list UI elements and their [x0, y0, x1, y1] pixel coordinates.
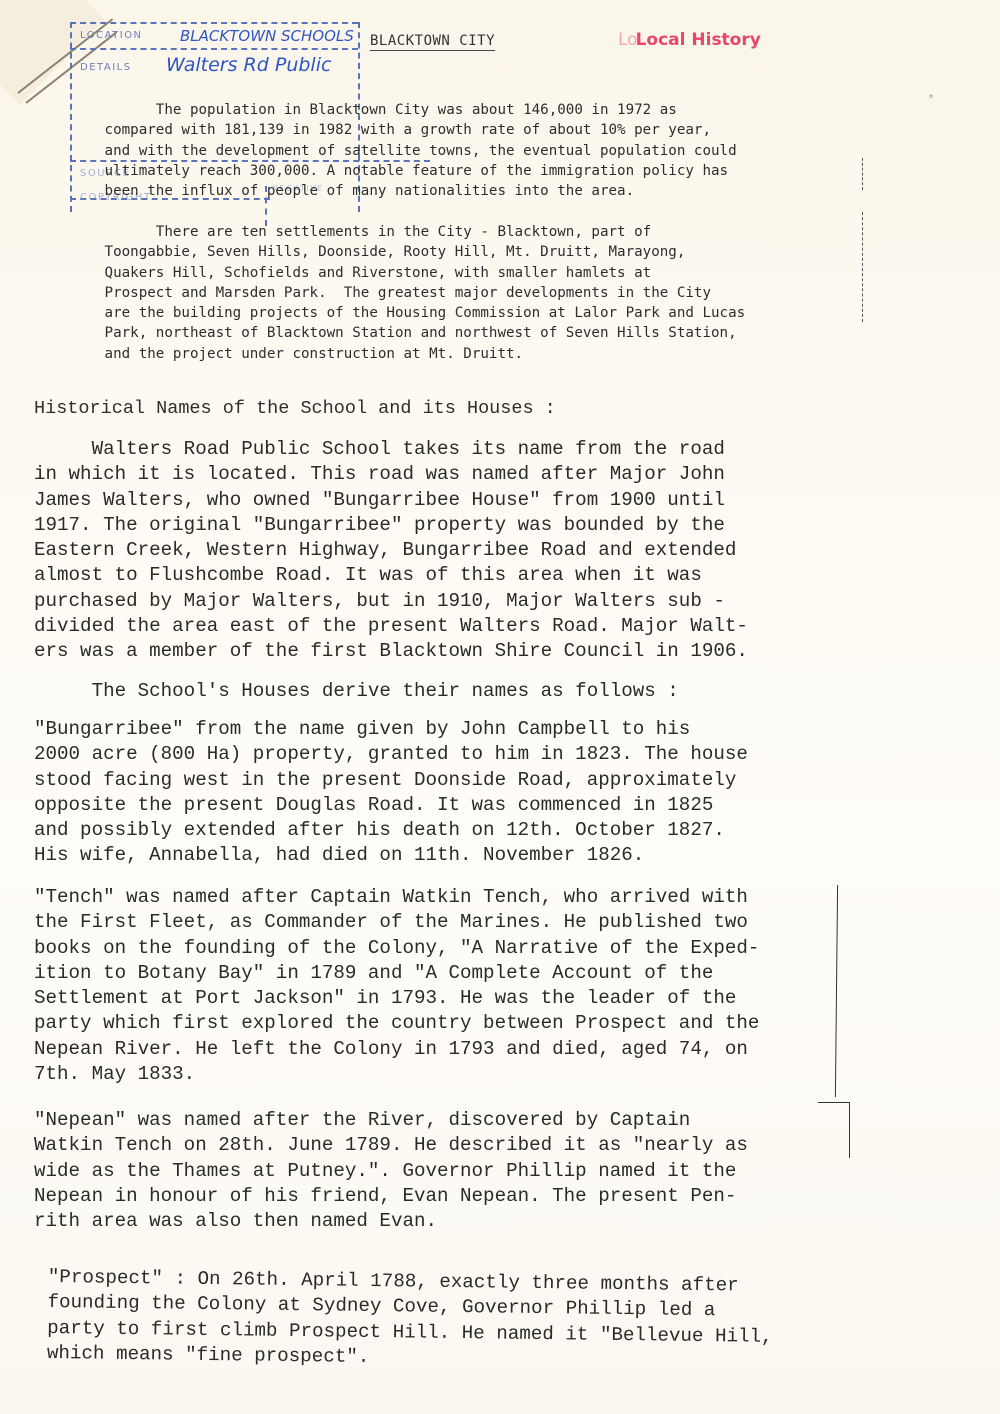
text-line: opposite the present Douglas Road. It wa…: [34, 793, 748, 818]
margin-bracket-tick: [818, 1102, 850, 1103]
text-line: "Bungarribee" from the name given by Joh…: [34, 717, 748, 742]
paper-speck: °: [928, 94, 934, 105]
text-line: the First Fleet, as Commander of the Mar…: [34, 910, 759, 935]
text-line: almost to Flushcombe Road. It was of thi…: [34, 563, 748, 588]
text-line: ers was a member of the first Blacktown …: [34, 639, 748, 664]
text-line: There are ten settlements in the City - …: [96, 222, 745, 242]
text-line: Park, northeast of Blacktown Station and…: [96, 323, 745, 343]
text-line: 2000 acre (800 Ha) property, granted to …: [34, 742, 748, 767]
text-line: Watkin Tench on 28th. June 1789. He desc…: [34, 1133, 748, 1158]
stamp-location-value: BLACKTOWN SCHOOLS: [180, 27, 354, 45]
text-line: James Walters, who owned "Bungarribee Ho…: [34, 488, 748, 513]
text-line: Quakers Hill, Schofields and Riverstone,…: [96, 263, 745, 283]
text-line: "Tench" was named after Captain Watkin T…: [34, 885, 759, 910]
intro-paragraph-settlements: There are ten settlements in the City - …: [96, 222, 745, 364]
local-history-stamp-text: Local History: [636, 30, 761, 50]
text-line: ition to Botany Bay" in 1789 and "A Comp…: [34, 961, 759, 986]
paragraph-prospect: "Prospect" : On 26th. April 1788, exactl…: [47, 1265, 774, 1375]
text-line: Toongabbie, Seven Hills, Doonside, Rooty…: [96, 242, 745, 262]
paragraph-houses-intro: The School's Houses derive their names a…: [34, 679, 679, 704]
text-line: Nepean River. He left the Colony in 1793…: [34, 1037, 759, 1062]
text-line: are the building projects of the Housing…: [96, 303, 745, 323]
text-line: His wife, Annabella, had died on 11th. N…: [34, 843, 748, 868]
text-line: Prospect and Marsden Park. The greatest …: [96, 283, 745, 303]
margin-mark: [862, 212, 863, 322]
text-line: Settlement at Port Jackson" in 1793. He …: [34, 986, 759, 1011]
paragraph-nepean: "Nepean" was named after the River, disc…: [34, 1108, 748, 1234]
text-line: compared with 181,139 in 1982 with a gro…: [96, 120, 737, 140]
margin-mark: [862, 158, 863, 190]
paragraph-bungarribee: "Bungarribee" from the name given by Joh…: [34, 717, 748, 869]
text-line: divided the area east of the present Wal…: [34, 614, 748, 639]
text-line: The School's Houses derive their names a…: [34, 679, 679, 704]
text-line: Eastern Creek, Western Highway, Bungarri…: [34, 538, 748, 563]
paragraph-walters-road: Walters Road Public School takes its nam…: [34, 437, 748, 665]
text-line: ultimately reach 300,000. A notable feat…: [96, 161, 737, 181]
text-line: wide as the Thames at Putney.". Governor…: [34, 1159, 748, 1184]
text-line: party which first explored the country b…: [34, 1011, 759, 1036]
text-line: and with the development of satellite to…: [96, 141, 737, 161]
paragraph-tench: "Tench" was named after Captain Watkin T…: [34, 885, 759, 1087]
text-line: The population in Blacktown City was abo…: [96, 100, 737, 120]
text-line: and the project under construction at Mt…: [96, 344, 745, 364]
text-line: 7th. May 1833.: [34, 1062, 759, 1087]
text-line: purchased by Major Walters, but in 1910,…: [34, 589, 748, 614]
text-line: Nepean in honour of his friend, Evan Nep…: [34, 1184, 748, 1209]
text-line: books on the founding of the Colony, "A …: [34, 936, 759, 961]
stamp-details-label: DETAILS: [80, 62, 132, 73]
text-line: stood facing west in the present Doonsid…: [34, 768, 748, 793]
text-line: 1917. The original "Bungarribee" propert…: [34, 513, 748, 538]
text-line: rith area was also then named Evan.: [34, 1209, 748, 1234]
section-heading: Historical Names of the School and its H…: [34, 398, 556, 419]
document-header-city: BLACKTOWN CITY: [370, 33, 495, 51]
intro-paragraph-population: The population in Blacktown City was abo…: [96, 100, 737, 201]
stamp-location-label: LOCATION: [80, 30, 143, 41]
text-line: "Nepean" was named after the River, disc…: [34, 1108, 748, 1133]
local-history-stamp: LoLocal History: [618, 30, 761, 50]
margin-bracket-line: [849, 1102, 850, 1158]
text-line: and possibly extended after his death on…: [34, 818, 748, 843]
text-line: been the influx of people of many nation…: [96, 181, 737, 201]
text-line: in which it is located. This road was na…: [34, 462, 748, 487]
stamp-details-value: Walters Rd Public: [166, 54, 331, 76]
text-line: Walters Road Public School takes its nam…: [34, 437, 748, 462]
